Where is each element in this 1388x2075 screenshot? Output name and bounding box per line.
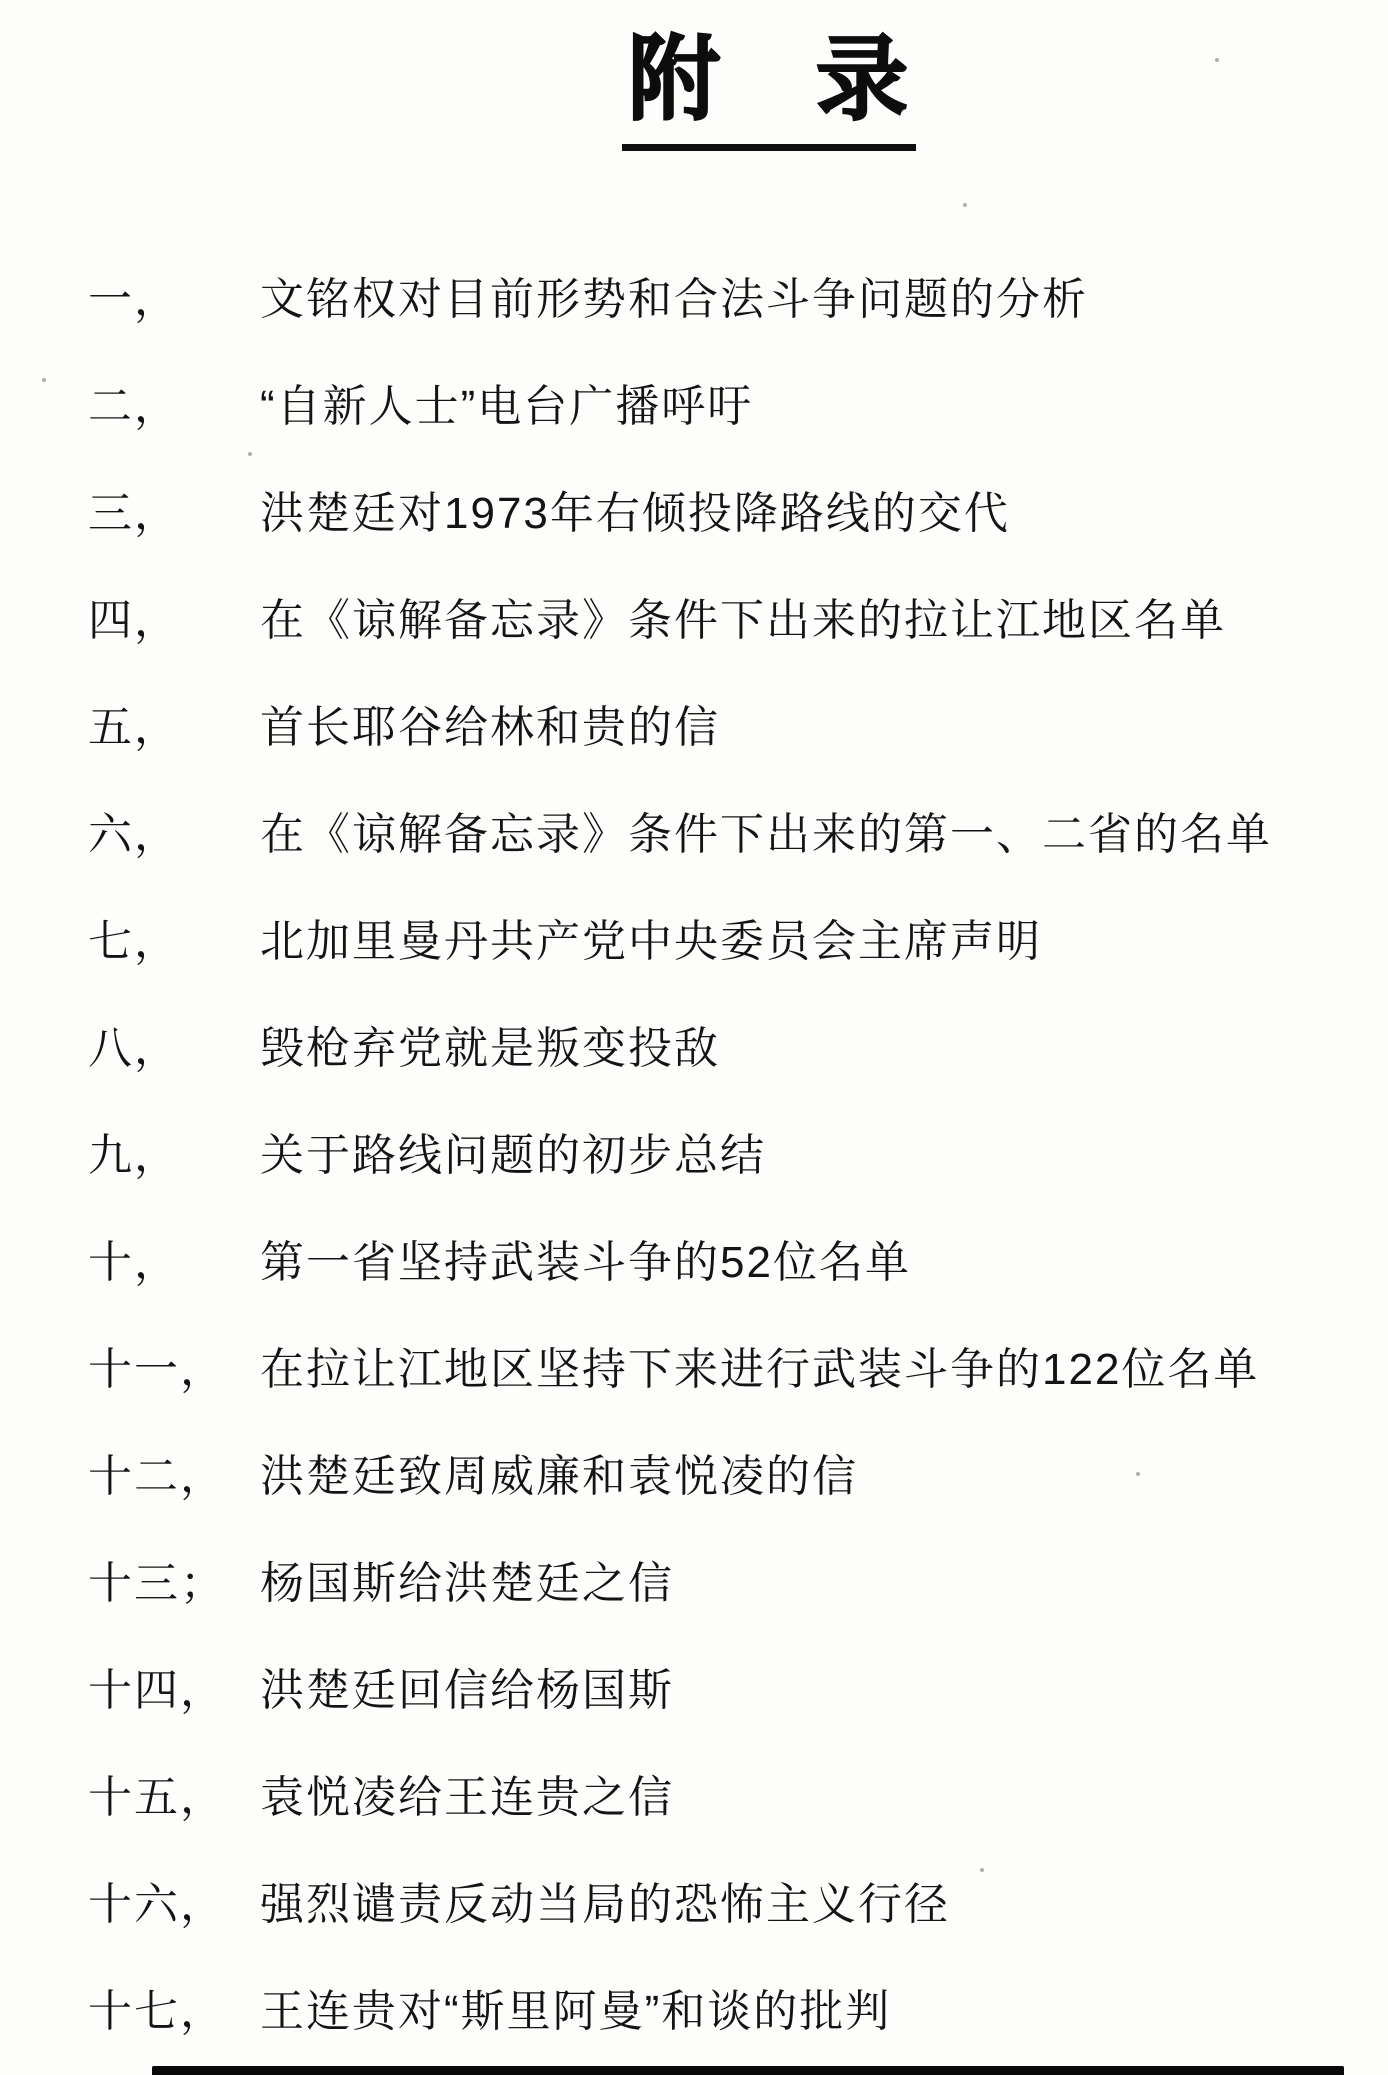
toc-entry: 八， 毁枪弃党就是叛变投敌 xyxy=(88,1024,1388,1074)
toc-entry-number: 十三； xyxy=(88,1559,260,1609)
toc-entry-number: 十七， xyxy=(88,1987,260,2037)
page-title: 附 录 xyxy=(622,28,916,151)
toc-entry: 十二， 洪楚廷致周威廉和袁悦凌的信 xyxy=(88,1452,1388,1502)
toc-entry: 二， “自新人士”电台广播呼吁 xyxy=(88,382,1388,432)
toc-entry-title: 关于路线问题的初步总结 xyxy=(260,1131,1388,1181)
toc-entry: 十五， 袁悦凌给王连贵之信 xyxy=(88,1773,1388,1823)
document-page: 附 录 一， 文铭权对目前形势和合法斗争问题的分析 二， “自新人士”电台广播呼… xyxy=(0,0,1388,2075)
toc-entry-title: 王连贵对“斯里阿曼”和谈的批判 xyxy=(260,1987,1388,2037)
toc-entry: 五， 首长耶谷给林和贵的信 xyxy=(88,703,1388,753)
toc-entry-title: 在拉让江地区坚持下来进行武装斗争的122位名单 xyxy=(260,1345,1388,1395)
toc-entry: 六， 在《谅解备忘录》条件下出来的第一、二省的名单 xyxy=(88,810,1388,860)
toc-entry-title: 第一省坚持武装斗争的52位名单 xyxy=(260,1238,1388,1288)
scan-edge-bar xyxy=(152,2066,1344,2075)
scan-speck xyxy=(42,378,46,382)
scan-speck xyxy=(1136,1472,1140,1476)
toc-entry-title: 文铭权对目前形势和合法斗争问题的分析 xyxy=(260,275,1388,325)
toc-entry-number: 一， xyxy=(88,275,260,325)
toc-entry: 七， 北加里曼丹共产党中央委员会主席声明 xyxy=(88,917,1388,967)
toc-entry: 三， 洪楚廷对1973年右倾投降路线的交代 xyxy=(88,489,1388,539)
toc-entry-number: 十四， xyxy=(88,1666,260,1716)
toc-entry: 十三； 杨国斯给洪楚廷之信 xyxy=(88,1559,1388,1609)
scan-speck xyxy=(685,1258,689,1262)
toc-entry-title: 毁枪弃党就是叛变投敌 xyxy=(260,1024,1388,1074)
scan-speck xyxy=(980,1868,984,1872)
toc-entry-number: 四， xyxy=(88,596,260,646)
toc-entry-title: 洪楚廷对1973年右倾投降路线的交代 xyxy=(260,489,1388,539)
toc-entry-number: 二， xyxy=(88,382,260,432)
toc-entry-number: 七， xyxy=(88,917,260,967)
toc-entry-title: 洪楚廷回信给杨国斯 xyxy=(260,1666,1388,1716)
scan-speck xyxy=(248,452,252,456)
toc-entry-number: 九， xyxy=(88,1131,260,1181)
toc-entry-title: 洪楚廷致周威廉和袁悦凌的信 xyxy=(260,1452,1388,1502)
toc-entry: 九， 关于路线问题的初步总结 xyxy=(88,1131,1388,1181)
toc-entry: 十四， 洪楚廷回信给杨国斯 xyxy=(88,1666,1388,1716)
toc-entry-title: 袁悦凌给王连贵之信 xyxy=(260,1773,1388,1823)
toc-entry: 十七， 王连贵对“斯里阿曼”和谈的批判 xyxy=(88,1987,1388,2037)
scan-speck xyxy=(963,203,967,207)
toc-entry-number: 十五， xyxy=(88,1773,260,1823)
toc-entry-title: 北加里曼丹共产党中央委员会主席声明 xyxy=(260,917,1388,967)
appendix-toc: 一， 文铭权对目前形势和合法斗争问题的分析 二， “自新人士”电台广播呼吁 三，… xyxy=(88,275,1388,2037)
scan-speck xyxy=(1215,58,1219,62)
toc-entry-number: 十二， xyxy=(88,1452,260,1502)
toc-entry-title: 首长耶谷给林和贵的信 xyxy=(260,703,1388,753)
toc-entry-number: 十， xyxy=(88,1238,260,1288)
toc-entry: 四， 在《谅解备忘录》条件下出来的拉让江地区名单 xyxy=(88,596,1388,646)
title-wrap: 附 录 xyxy=(0,28,1388,151)
toc-entry-number: 十六， xyxy=(88,1880,260,1930)
toc-entry-title: 杨国斯给洪楚廷之信 xyxy=(260,1559,1388,1609)
toc-entry-number: 五， xyxy=(88,703,260,753)
toc-entry-title: “自新人士”电台广播呼吁 xyxy=(260,382,1388,432)
toc-entry-number: 六， xyxy=(88,810,260,860)
toc-entry: 十， 第一省坚持武装斗争的52位名单 xyxy=(88,1238,1388,1288)
toc-entry-number: 八， xyxy=(88,1024,260,1074)
toc-entry: 十一， 在拉让江地区坚持下来进行武装斗争的122位名单 xyxy=(88,1345,1388,1395)
toc-entry-title: 在《谅解备忘录》条件下出来的第一、二省的名单 xyxy=(260,810,1388,860)
toc-entry: 一， 文铭权对目前形势和合法斗争问题的分析 xyxy=(88,275,1388,325)
toc-entry-title: 强烈谴责反动当局的恐怖主义行径 xyxy=(260,1880,1388,1930)
toc-entry-number: 十一， xyxy=(88,1345,260,1395)
toc-entry: 十六， 强烈谴责反动当局的恐怖主义行径 xyxy=(88,1880,1388,1930)
toc-entry-number: 三， xyxy=(88,489,260,539)
toc-entry-title: 在《谅解备忘录》条件下出来的拉让江地区名单 xyxy=(260,596,1388,646)
